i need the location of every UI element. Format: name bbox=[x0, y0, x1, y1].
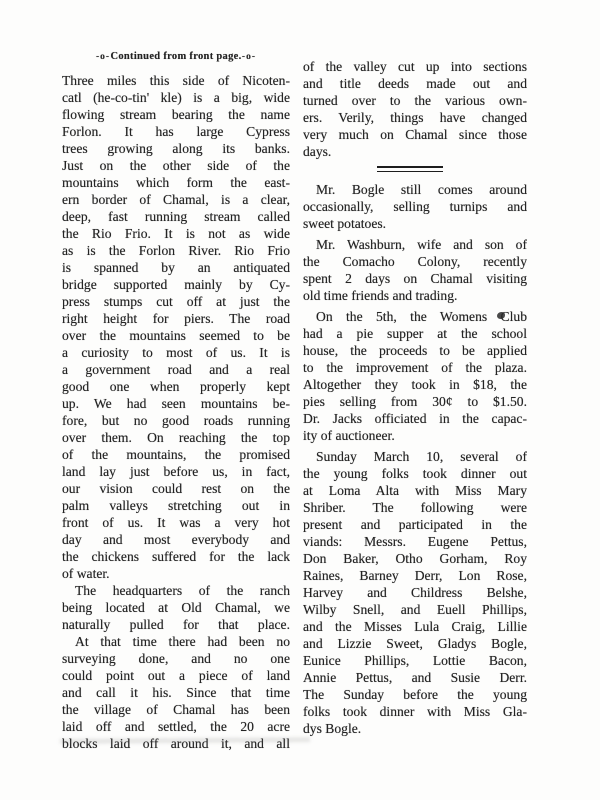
text-line: days. bbox=[303, 143, 527, 160]
text-line: sweet potatoes. bbox=[303, 215, 527, 232]
text-line: bridge supported mainly by Cy- bbox=[62, 276, 290, 293]
text-line: Mr. Washburn, wife and son of bbox=[303, 236, 527, 253]
text-line: mountains which form the east- bbox=[62, 174, 290, 191]
text-line: present and participated in the bbox=[303, 516, 527, 533]
text-line: viands: Messrs. Eugene Pettus, bbox=[303, 533, 527, 550]
text-line: of the valley cut up into sections bbox=[303, 58, 527, 75]
text-line: deep, fast running stream called bbox=[62, 208, 290, 225]
text-line: the young folks took dinner out bbox=[303, 465, 527, 482]
text-line: pies selling from 30¢ to $1.50. bbox=[303, 393, 527, 410]
text-line: a curiosity to most of us. It is bbox=[62, 344, 290, 361]
paragraph: Three miles this side of Nicoten-catl (h… bbox=[62, 72, 290, 582]
text-line: of the mountains, the promised bbox=[62, 446, 290, 463]
text-line: the Rio Frio. It is not as wide bbox=[62, 225, 290, 242]
text-line: Eunice Phillips, Lottie Bacon, bbox=[303, 652, 527, 669]
text-line: and Lizzie Sweet, Gladys Bogle, bbox=[303, 635, 527, 652]
text-line: and the Misses Lula Craig, Lillie bbox=[303, 618, 527, 635]
text-line: Harvey and Childress Belshe, bbox=[303, 584, 527, 601]
paragraph: Mr. Bogle still comes aroundoccasionally… bbox=[303, 181, 527, 232]
text-line: day and most everybody and bbox=[62, 531, 290, 548]
text-line: Annie Pettus, and Susie Derr. bbox=[303, 669, 527, 686]
ornament-right: -o- bbox=[242, 52, 256, 62]
text-line: old time friends and trading. bbox=[303, 287, 527, 304]
scanned-newspaper-page: -o- Continued from front page. -o- Three… bbox=[0, 0, 600, 800]
text-line: Just on the other side of the bbox=[62, 157, 290, 174]
text-line: is spanned by an antiquated bbox=[62, 259, 290, 276]
text-line: ity of auctioneer. bbox=[303, 427, 527, 444]
text-line: Don Baker, Otho Gorham, Roy bbox=[303, 550, 527, 567]
text-line: occasionally, selling turnips and bbox=[303, 198, 527, 215]
text-line: could point out a piece of land bbox=[62, 667, 290, 684]
paragraph: On the 5th, the Womens Clubhad a pie sup… bbox=[303, 308, 527, 444]
text-line: Dr. Jacks officiated in the capac- bbox=[303, 410, 527, 427]
text-line: At that time there had been no bbox=[62, 633, 290, 650]
text-line: to the improvement of the plaza. bbox=[303, 359, 527, 376]
text-line: trees growing along its banks. bbox=[62, 140, 290, 157]
text-line: Mr. Bogle still comes around bbox=[303, 181, 527, 198]
text-line: turned over to the various own- bbox=[303, 92, 527, 109]
text-line: palm valleys stretching out in bbox=[62, 497, 290, 514]
text-line: good one when properly kept bbox=[62, 378, 290, 395]
text-line: up. We had seen mountains be- bbox=[62, 395, 290, 412]
text-line: the village of Chamal has been bbox=[62, 701, 290, 718]
text-line: dys Bogle. bbox=[303, 720, 527, 737]
text-line: Shriber. The following were bbox=[303, 499, 527, 516]
text-line: at Loma Alta with Miss Mary bbox=[303, 482, 527, 499]
text-line: folks took dinner with Miss Gla- bbox=[303, 703, 527, 720]
text-line: front of us. It was a very hot bbox=[62, 514, 290, 531]
text-line: the chickens suffered for the lack bbox=[62, 548, 290, 565]
text-line: flowing stream bearing the name bbox=[62, 106, 290, 123]
text-line: The Sunday before the young bbox=[303, 686, 527, 703]
continued-from-front-page-label: Continued from front page. bbox=[110, 51, 241, 62]
continued-header: -o- Continued from front page. -o- bbox=[62, 51, 290, 62]
text-line: catl (he-co-tin' kle) is a big, wide bbox=[62, 89, 290, 106]
text-line: On the 5th, the Womens Club bbox=[303, 308, 527, 325]
text-line: ers. Verily, things have changed bbox=[303, 109, 527, 126]
paragraph: The headquarters of the ranchbeing locat… bbox=[62, 582, 290, 633]
ornament-left: -o- bbox=[96, 52, 110, 62]
text-line: Forlon. It has large Cypress bbox=[62, 123, 290, 140]
text-line: press stumps cut off at just the bbox=[62, 293, 290, 310]
text-line: as is the Forlon River. Rio Frio bbox=[62, 242, 290, 259]
text-line: a government road and a real bbox=[62, 361, 290, 378]
right-text-column: of the valley cut up into sectionsand ti… bbox=[303, 58, 527, 737]
text-line: Sunday March 10, several of bbox=[303, 448, 527, 465]
text-line: Raines, Barney Derr, Lon Rose, bbox=[303, 567, 527, 584]
paragraph: of the valley cut up into sectionsand ti… bbox=[303, 58, 527, 160]
text-line: surveying done, and no one bbox=[62, 650, 290, 667]
text-line: land lay just before us, in fact, bbox=[62, 463, 290, 480]
text-line: spent 2 days on Chamal visiting bbox=[303, 270, 527, 287]
text-line: and title deeds made out and bbox=[303, 75, 527, 92]
paragraph: At that time there had been nosurveying … bbox=[62, 633, 290, 752]
text-line: Wilby Snell, and Euell Phillips, bbox=[303, 601, 527, 618]
text-line: over them. On reaching the top bbox=[62, 429, 290, 446]
text-line: fore, but no good roads running bbox=[62, 412, 290, 429]
text-line: of water. bbox=[62, 565, 290, 582]
paragraph: Sunday March 10, several ofthe young fol… bbox=[303, 448, 527, 737]
text-line: the Comacho Colony, recently bbox=[303, 253, 527, 270]
text-line: house, the proceeds to be applied bbox=[303, 342, 527, 359]
text-line: and call it his. Since that time bbox=[62, 684, 290, 701]
text-line: Altogether they took in $18, the bbox=[303, 376, 527, 393]
section-divider bbox=[377, 166, 443, 172]
text-line: naturally pulled for that place. bbox=[62, 616, 290, 633]
text-line: right height for piers. The road bbox=[62, 310, 290, 327]
paragraph: Mr. Washburn, wife and son ofthe Comacho… bbox=[303, 236, 527, 304]
text-line: over the mountains seemed to be bbox=[62, 327, 290, 344]
text-line: very much on Chamal since those bbox=[303, 126, 527, 143]
left-text-column: Three miles this side of Nicoten-catl (h… bbox=[62, 72, 290, 752]
text-line: being located at Old Chamal, we bbox=[62, 599, 290, 616]
text-line: our vision could rest on the bbox=[62, 480, 290, 497]
text-line: ern border of Chamal, is a clear, bbox=[62, 191, 290, 208]
text-line: had a pie supper at the school bbox=[303, 325, 527, 342]
text-line: laid off and settled, the 20 acre bbox=[62, 718, 290, 735]
text-line: The headquarters of the ranch bbox=[62, 582, 290, 599]
text-line: Three miles this side of Nicoten- bbox=[62, 72, 290, 89]
